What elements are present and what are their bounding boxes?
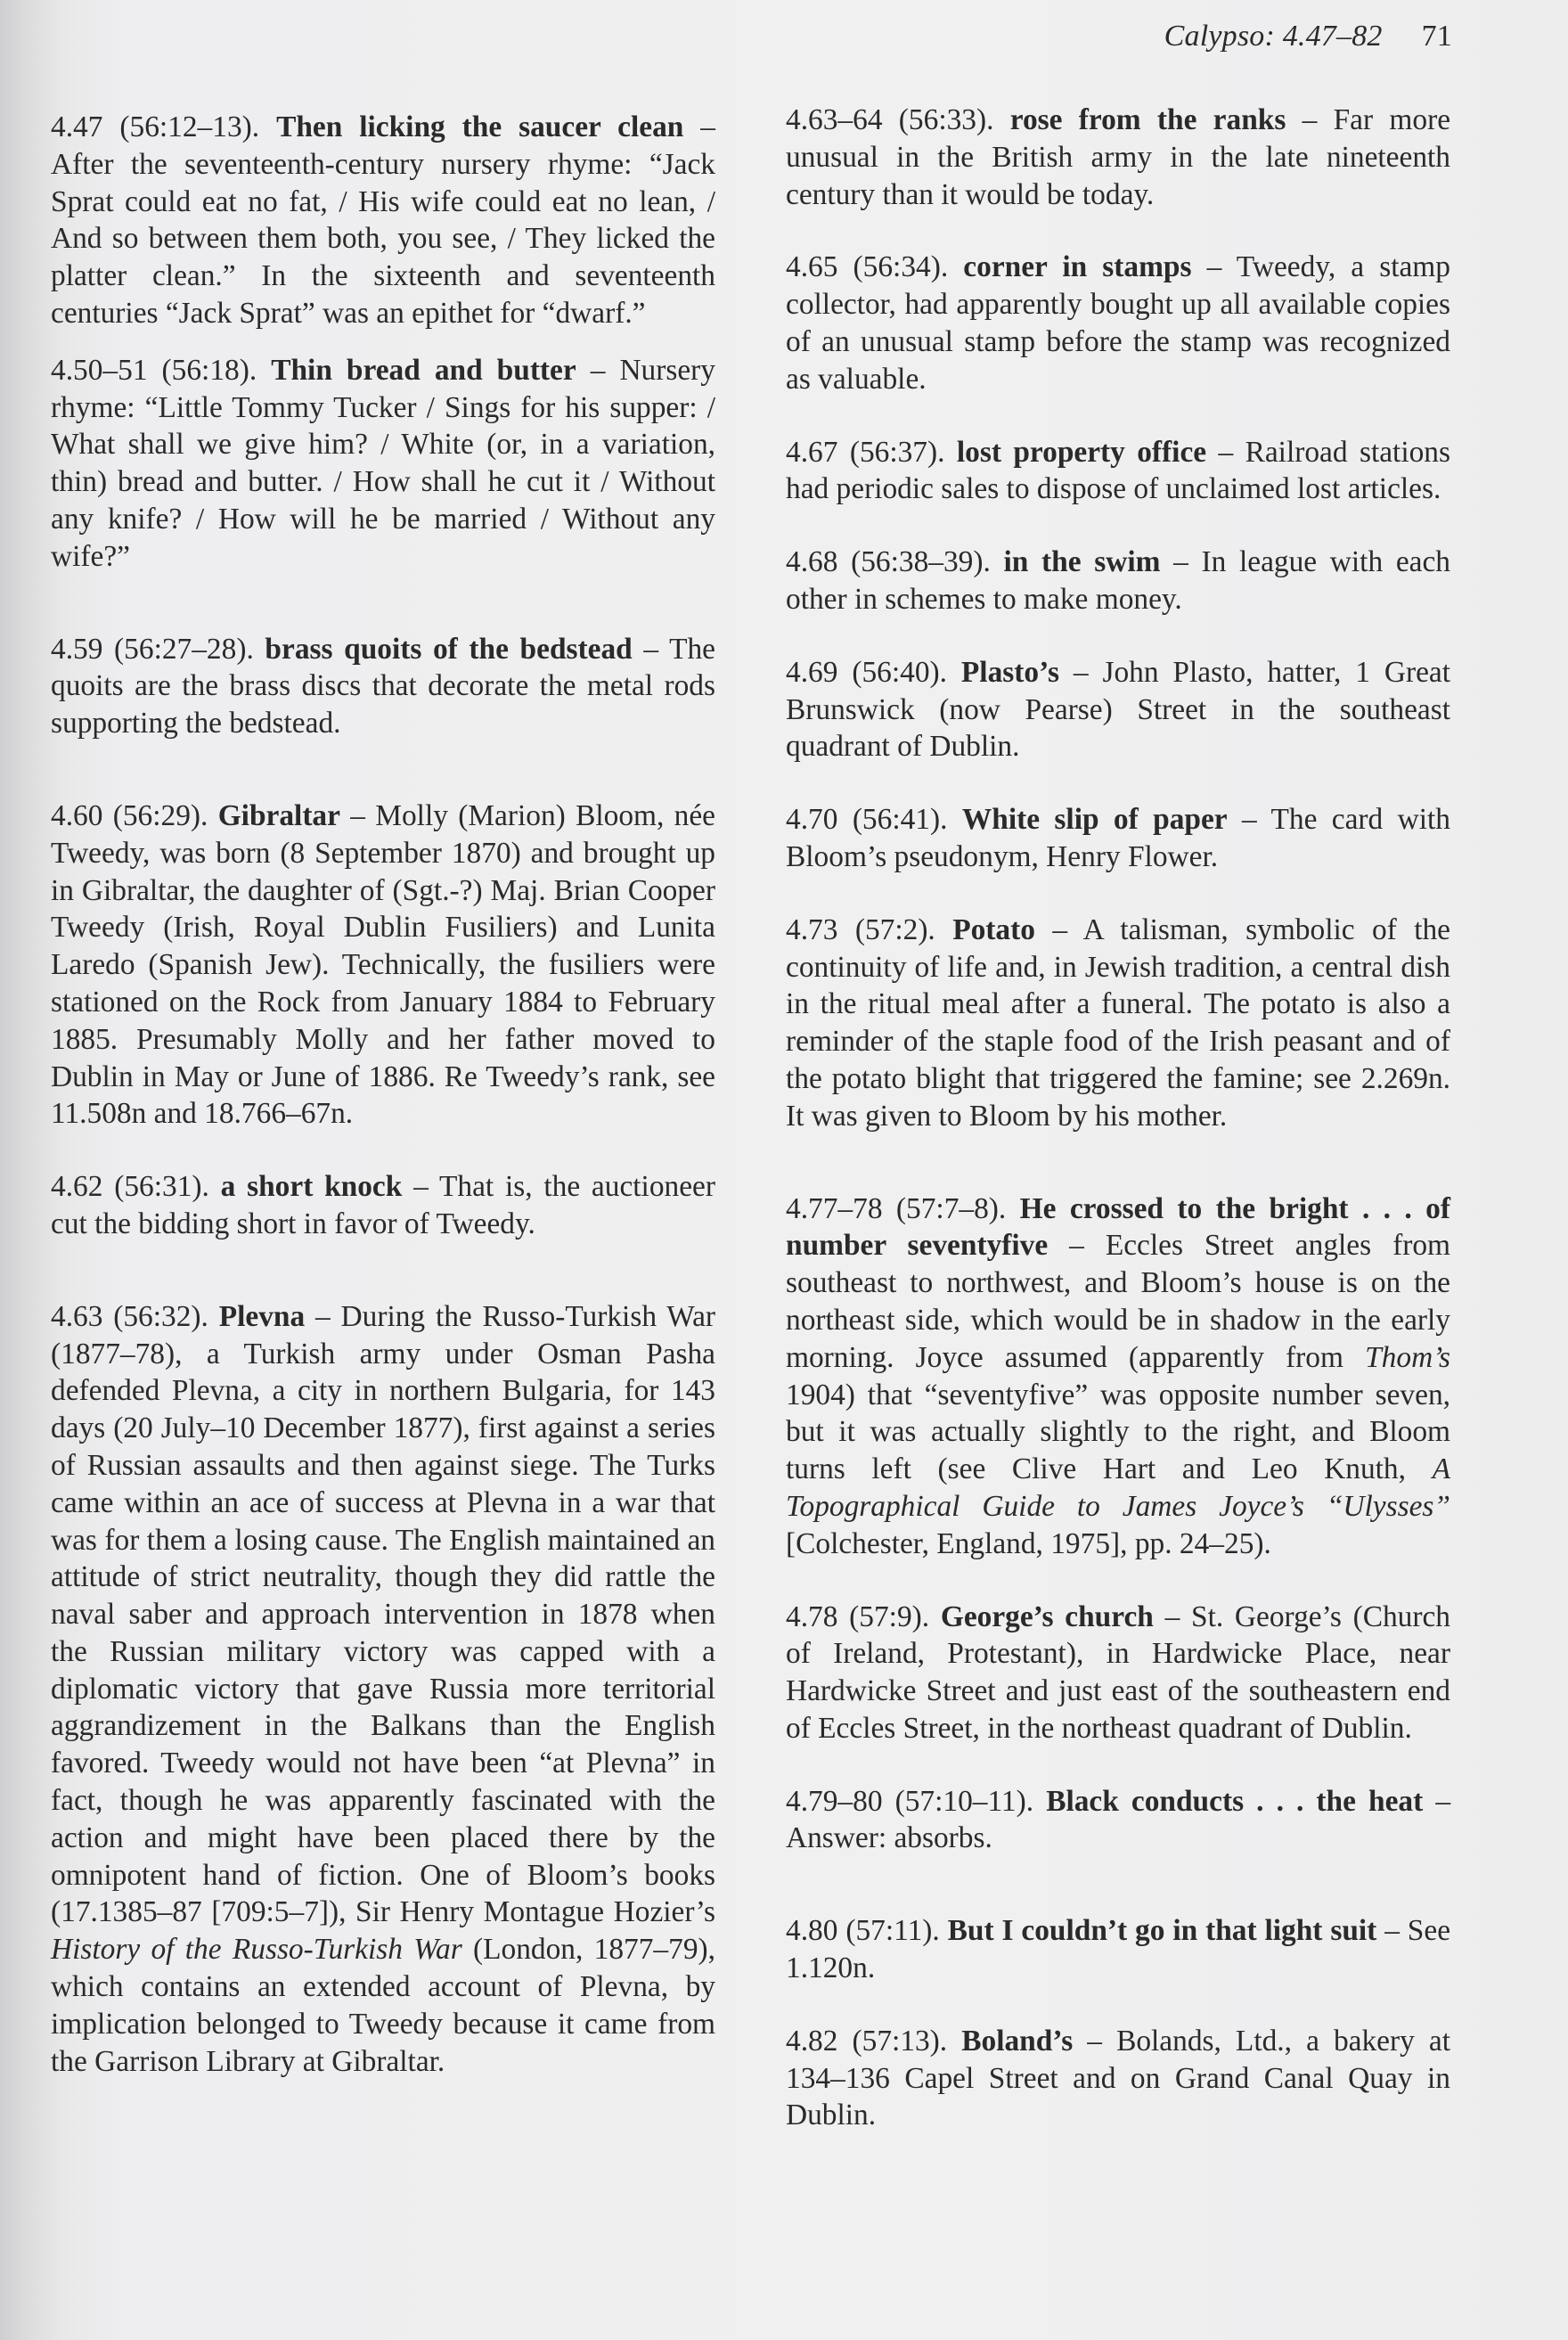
entry-lemma: Plasto’s: [961, 656, 1059, 689]
annotation-entry-4-62: 4.62 (56:31). a short knock – That is, t…: [51, 1168, 715, 1243]
entry-dash: –: [305, 1300, 340, 1333]
entry-dash: –: [576, 354, 620, 387]
entry-lemma: lost property office: [957, 436, 1206, 469]
annotation-entry-4-65: 4.65 (56:34). corner in stamps – Tweedy,…: [786, 249, 1450, 397]
annotation-entry-4-59: 4.59 (56:27–28). brass quoits of the bed…: [51, 631, 715, 742]
entry-reference: 4.59 (56:27–28).: [51, 633, 254, 666]
entry-dash: –: [1035, 913, 1083, 946]
entry-reference: 4.63–64 (56:33).: [786, 103, 993, 136]
entry-body-end: [Colchester, England, 1975], pp. 24–25).: [786, 1527, 1271, 1560]
entry-lemma: Thin bread and butter: [271, 354, 576, 387]
page-number: 71: [1422, 20, 1452, 53]
annotation-entry-4-77-78: 4.77–78 (57:7–8). He crossed to the brig…: [786, 1190, 1450, 1563]
entry-reference: 4.60 (56:29).: [51, 799, 208, 832]
left-column: 4.47 (56:12–13). Then licking the saucer…: [51, 109, 715, 2080]
entry-body: Answer: absorbs.: [786, 1821, 992, 1854]
entry-lemma: brass quoits of the bed­stead: [265, 633, 632, 666]
annotation-entry-4-63-64: 4.63–64 (56:33). rose from the ranks – F…: [786, 102, 1450, 213]
entry-lemma: Gibraltar: [218, 799, 340, 832]
entry-lemma: White slip of paper: [962, 803, 1228, 836]
entry-reference: 4.73 (57:2).: [786, 913, 935, 946]
entry-reference: 4.47 (56:12–13).: [51, 110, 259, 143]
annotation-entry-4-47: 4.47 (56:12–13). Then licking the saucer…: [51, 109, 715, 332]
entry-dash: –: [1048, 1229, 1106, 1262]
entry-lemma: Potato: [952, 913, 1035, 946]
running-head: Calypso: 4.47–8271: [1164, 20, 1452, 53]
entry-lemma: George’s church: [941, 1600, 1154, 1633]
entry-lemma: rose from the ranks: [1010, 103, 1286, 136]
entry-body: After the seventeenth-century nursery rh…: [51, 148, 715, 330]
entry-reference: 4.70 (56:41).: [786, 803, 947, 836]
entry-dash: –: [1206, 436, 1245, 469]
annotation-entry-4-80: 4.80 (57:11). But I couldn’t go in that …: [786, 1912, 1450, 1987]
entry-dash: –: [1059, 656, 1103, 689]
annotation-entry-4-68: 4.68 (56:38–39). in the swim – In league…: [786, 544, 1450, 618]
entry-lemma: Boland’s: [961, 2025, 1073, 2058]
entry-lemma: But I couldn’t go in that light suit: [948, 1914, 1377, 1947]
entry-dash: –: [1228, 803, 1271, 836]
entry-dash: –: [340, 799, 375, 832]
annotation-entry-4-67: 4.67 (56:37). lost property office – Rai…: [786, 434, 1450, 509]
entry-dash: –: [1286, 103, 1333, 136]
entry-lemma: Black conducts . . . the heat: [1046, 1785, 1423, 1818]
running-head-title: Calypso: 4.47–82: [1164, 20, 1383, 53]
entry-dash: –: [1160, 545, 1201, 578]
entry-lemma: a short knock: [221, 1170, 403, 1203]
entry-reference: 4.68 (56:38–39).: [786, 545, 991, 578]
right-column: 4.63–64 (56:33). rose from the ranks – F…: [786, 102, 1450, 2134]
entry-lemma: Plevna: [219, 1300, 305, 1333]
entry-dash: –: [1191, 250, 1236, 283]
entry-reference: 4.79–80 (57:10–11).: [786, 1785, 1033, 1818]
entry-dash: –: [402, 1170, 439, 1203]
entry-body-continued: 1904) that “seventy­five” was opposite n…: [786, 1379, 1450, 1486]
annotation-entry-4-78: 4.78 (57:9). George’s church – St. Georg…: [786, 1599, 1450, 1747]
entry-reference: 4.63 (56:32).: [51, 1300, 208, 1333]
entry-reference: 4.82 (57:13).: [786, 2025, 947, 2058]
entry-dash: –: [1154, 1600, 1191, 1633]
annotation-entry-4-69: 4.69 (56:40). Plasto’s – John Plasto, ha…: [786, 654, 1450, 765]
entry-dash: –: [1423, 1785, 1450, 1818]
entry-body: Molly (Marion) Bloom, née Tweedy, was bo…: [51, 799, 715, 1130]
annotation-entry-4-70: 4.70 (56:41). White slip of paper – The …: [786, 801, 1450, 876]
annotation-entry-4-82: 4.82 (57:13). Boland’s – Bolands, Ltd., …: [786, 2023, 1450, 2134]
book-title-italic: History of the Russo-Turkish War: [51, 1933, 462, 1966]
entry-dash: –: [1376, 1914, 1408, 1947]
directory-title-italic: Thom’s: [1365, 1341, 1450, 1374]
annotation-entry-4-63: 4.63 (56:32). Plevna – During the Russo-…: [51, 1298, 715, 2081]
entry-body: During the Russo-Turkish War (1877–78), …: [51, 1300, 715, 1929]
entry-reference: 4.80 (57:11).: [786, 1914, 940, 1947]
entry-dash: –: [1073, 2025, 1116, 2058]
entry-lemma: in the swim: [1004, 545, 1161, 578]
entry-reference: 4.78 (57:9).: [786, 1600, 929, 1633]
entry-reference: 4.69 (56:40).: [786, 656, 947, 689]
entry-reference: 4.62 (56:31).: [51, 1170, 209, 1203]
entry-reference: 4.50–51 (56:18).: [51, 354, 257, 387]
annotation-entry-4-50-51: 4.50–51 (56:18). Thin bread and butter –…: [51, 352, 715, 576]
entry-lemma: corner in stamps: [963, 250, 1191, 283]
entry-lemma: Then licking the saucer clean: [276, 110, 683, 143]
entry-reference: 4.65 (56:34).: [786, 250, 948, 283]
entry-reference: 4.67 (56:37).: [786, 436, 944, 469]
entry-reference: 4.77–78 (57:7–8).: [786, 1192, 1006, 1225]
annotation-entry-4-79-80: 4.79–80 (57:10–11). Black conducts . . .…: [786, 1783, 1450, 1858]
annotation-entry-4-60: 4.60 (56:29). Gibraltar – Molly (Marion)…: [51, 798, 715, 1133]
entry-dash: –: [633, 633, 669, 666]
annotation-entry-4-73: 4.73 (57:2). Potato – A talisman, symbol…: [786, 912, 1450, 1135]
entry-dash: –: [683, 110, 715, 143]
